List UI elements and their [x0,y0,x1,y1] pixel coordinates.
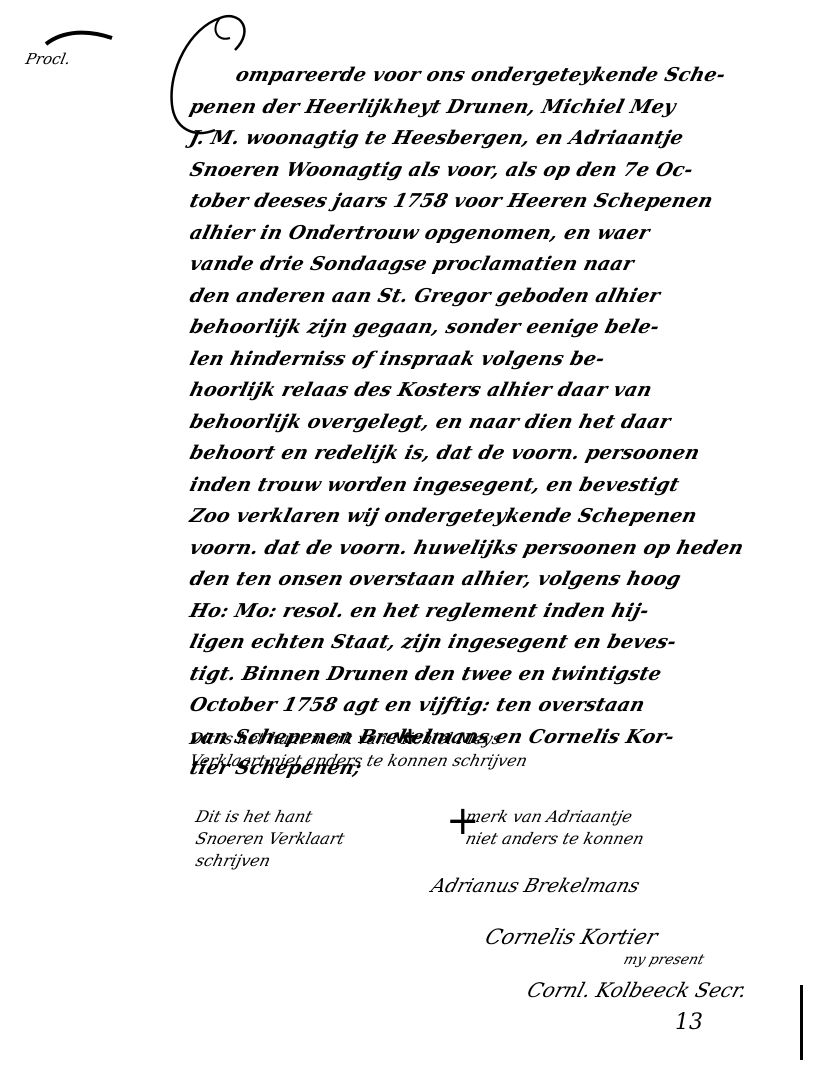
mark-line: niet anders te konnen [463,828,798,850]
mark-line: Verklaart niet anders te konnen schrijve… [187,750,812,772]
body-line: October 1758 agt en vijftig: ten oversta… [186,690,814,722]
body-line: tober deeses jaars 1758 voor Heeren Sche… [186,186,814,218]
body-line: hoorlijk relaas des Kosters alhier daar … [186,375,814,407]
body-line: den anderen aan St. Gregor geboden alhie… [186,281,814,313]
signature-brekelmans: Adrianus Brekelmans [429,875,642,897]
body-line: tigt. Binnen Drunen den twee en twintigs… [186,659,814,691]
signature-secretary: Cornl. Kolbeeck Secr. [525,978,750,1002]
mark-line: schrijven [193,850,448,872]
body-line: Snoeren Woonagtig als voor, als op den 7… [186,155,814,187]
cross-mark-icon: + [400,722,420,750]
body-line: den ten onsen overstaan alhier, volgens … [186,564,814,596]
margin-flourish-icon [44,28,114,46]
body-line: inden trouw worden ingesegent, en bevest… [186,470,814,502]
signature-kortier: Cornelis Kortier [483,925,661,949]
margin-note: Procl. [24,50,72,68]
proclamation-body: ompareerde voor ons ondergeteykende Sche… [190,60,810,785]
body-line: J. M. woonagtig te Heesbergen, en Adriaa… [186,123,814,155]
body-line: len hinderniss of inspraak volgens be- [186,344,814,376]
body-line: vande drie Sondaagse proclamatien naar [186,249,814,281]
signature-present-note: my present [622,952,706,968]
mark-line: Snoeren Verklaart [193,828,448,850]
mark-line: Dit is het hant merk van Michiel Meys [187,728,812,750]
body-line: ompareerde voor ons ondergeteykende Sche… [186,60,814,92]
body-line: Zoo verklaren wij ondergeteykende Schepe… [186,501,814,533]
manuscript-page: Procl. C ompareerde voor ons ondergeteyk… [0,0,822,1080]
body-line: behoort en redelijk is, dat de voorn. pe… [186,438,814,470]
page-edge-mark [800,985,803,1060]
mark-line: merk van Adriaantje [463,806,798,828]
mark-statement-2-left: Dit is het hant Snoeren Verklaart schrij… [196,806,446,872]
body-line: Ho: Mo: resol. en het reglement inden hi… [186,596,814,628]
body-line: penen der Heerlijkheyt Drunen, Michiel M… [186,92,814,124]
page-number: 13 [675,1010,703,1035]
mark-line: Dit is het hant [193,806,448,828]
mark-statement-1: Dit is het hant merk van Michiel Meys Ve… [190,728,810,772]
mark-statement-2-right: merk van Adriaantje niet anders te konne… [466,806,796,850]
body-line: ligen echten Staat, zijn ingesegent en b… [186,627,814,659]
body-line: voorn. dat de voorn. huwelijks persoonen… [186,533,814,565]
body-line: alhier in Ondertrouw opgenomen, en waer [186,218,814,250]
body-line: behoorlijk overgelegt, en naar dien het … [186,407,814,439]
body-line: behoorlijk zijn gegaan, sonder eenige be… [186,312,814,344]
